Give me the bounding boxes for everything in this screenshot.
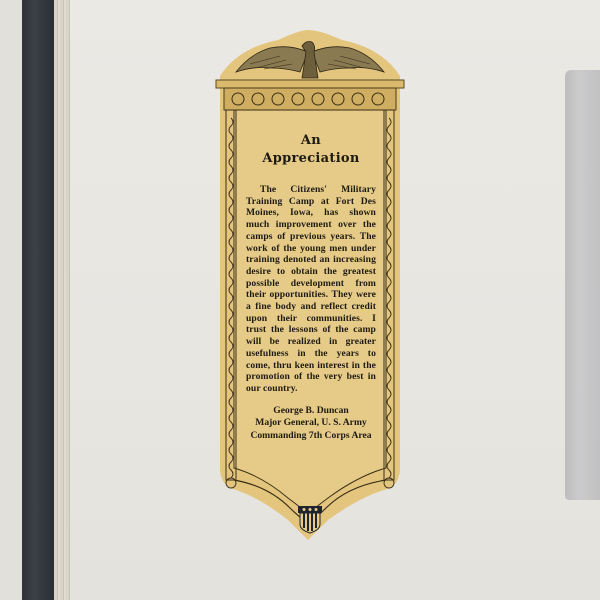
background-surface — [0, 0, 22, 600]
tape-strip — [565, 70, 600, 500]
appreciation-certificate: An Appreciation The Citizens' Military T… — [208, 28, 412, 540]
signature-block: George B. Duncan Major General, U. S. Ar… — [246, 405, 376, 443]
book-binding — [22, 0, 54, 600]
signatory-rank: Major General, U. S. Army — [246, 417, 376, 430]
eagle-icon — [230, 38, 390, 84]
us-shield-icon — [296, 504, 324, 534]
page-edges — [54, 0, 70, 600]
signatory-name: George B. Duncan — [246, 405, 376, 418]
appreciation-body: The Citizens' Military Training Camp at … — [246, 184, 376, 395]
title-line-1: An — [246, 132, 376, 150]
title-line-2: Appreciation — [246, 150, 376, 168]
certificate-text: An Appreciation The Citizens' Military T… — [246, 128, 376, 442]
signatory-command: Commanding 7th Corps Area — [246, 430, 376, 443]
body-paragraph: The Citizens' Military Training Camp at … — [246, 184, 376, 394]
